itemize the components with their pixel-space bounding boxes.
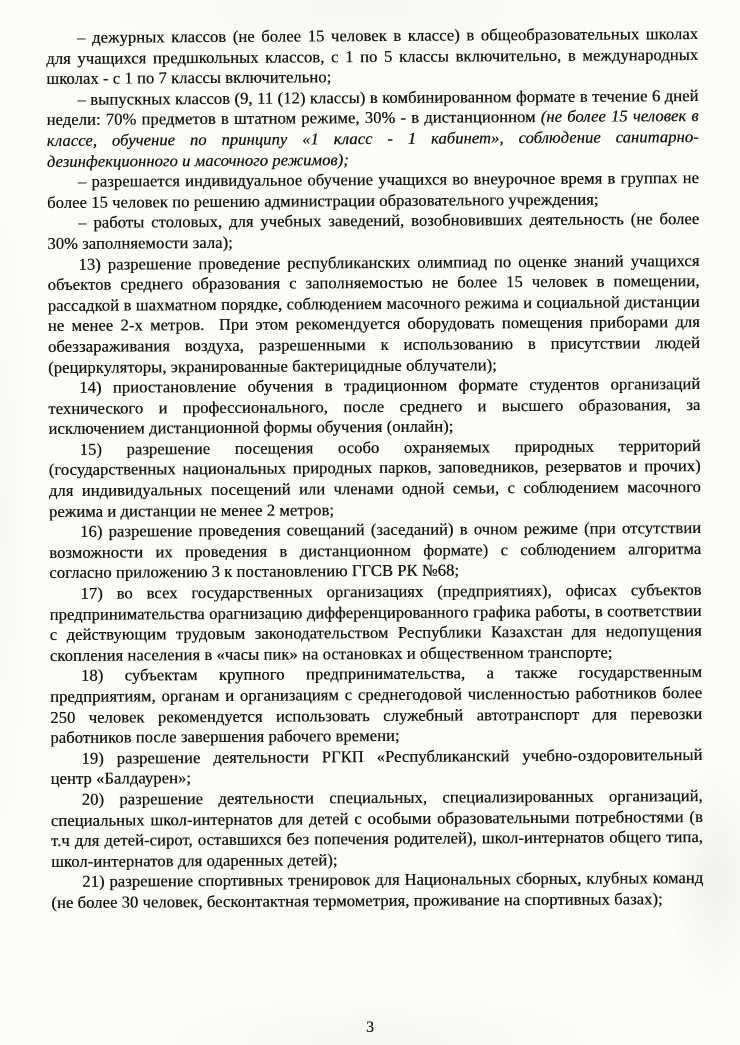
paragraph: 18) субъектам крупного предпринимательст…	[50, 662, 702, 748]
paragraph: 19) разрешение деятельности РГКП «Респуб…	[50, 745, 702, 790]
text-run: 16) разрешение проведения совещаний (зас…	[49, 518, 701, 582]
text-run: 18) субъектам крупного предпринимательст…	[50, 662, 702, 747]
text-run: – работы столовых, для учебных заведений…	[47, 209, 699, 253]
paragraph: 20) разрешение деятельности специальных,…	[51, 786, 703, 872]
scanned-document-page: – дежурных классов (не более 15 человек …	[0, 0, 740, 1045]
paragraph: 15) разрешение посещения особо охраняемы…	[49, 436, 701, 522]
text-run: – разрешается индивидуальное обучение уч…	[47, 168, 699, 212]
text-run: – дежурных классов (не более 15 человек …	[46, 24, 698, 88]
paragraph: – выпускных классов (9, 11 (12) классы) …	[46, 86, 698, 172]
paragraph: – работы столовых, для учебных заведений…	[47, 209, 699, 254]
text-run: 17) во всех государственных организациях…	[50, 580, 702, 665]
paragraph: 16) разрешение проведения совещаний (зас…	[49, 518, 701, 584]
document-body: – дежурных классов (не более 15 человек …	[46, 24, 703, 913]
text-run: 15) разрешение посещения особо охраняемы…	[49, 436, 701, 521]
paragraph: 13) разрешение проведение республикански…	[47, 251, 700, 379]
text-run: 14) приостановление обучения в традицион…	[48, 374, 700, 438]
paragraph: – дежурных классов (не более 15 человек …	[46, 24, 698, 90]
page-number: 3	[0, 1019, 740, 1037]
text-run: 20) разрешение деятельности специальных,…	[51, 786, 703, 871]
paragraph: 21) разрешение спортивных тренировок для…	[51, 868, 703, 913]
text-run: 13) разрешение проведение республикански…	[48, 251, 700, 377]
paragraph: – разрешается индивидуальное обучение уч…	[47, 168, 699, 213]
text-run: 21) разрешение спортивных тренировок для…	[51, 868, 703, 912]
paragraph: 17) во всех государственных организациях…	[49, 580, 701, 666]
paragraph: 14) приостановление обучения в традицион…	[48, 374, 700, 440]
text-run: 19) разрешение деятельности РГКП «Респуб…	[51, 745, 703, 789]
